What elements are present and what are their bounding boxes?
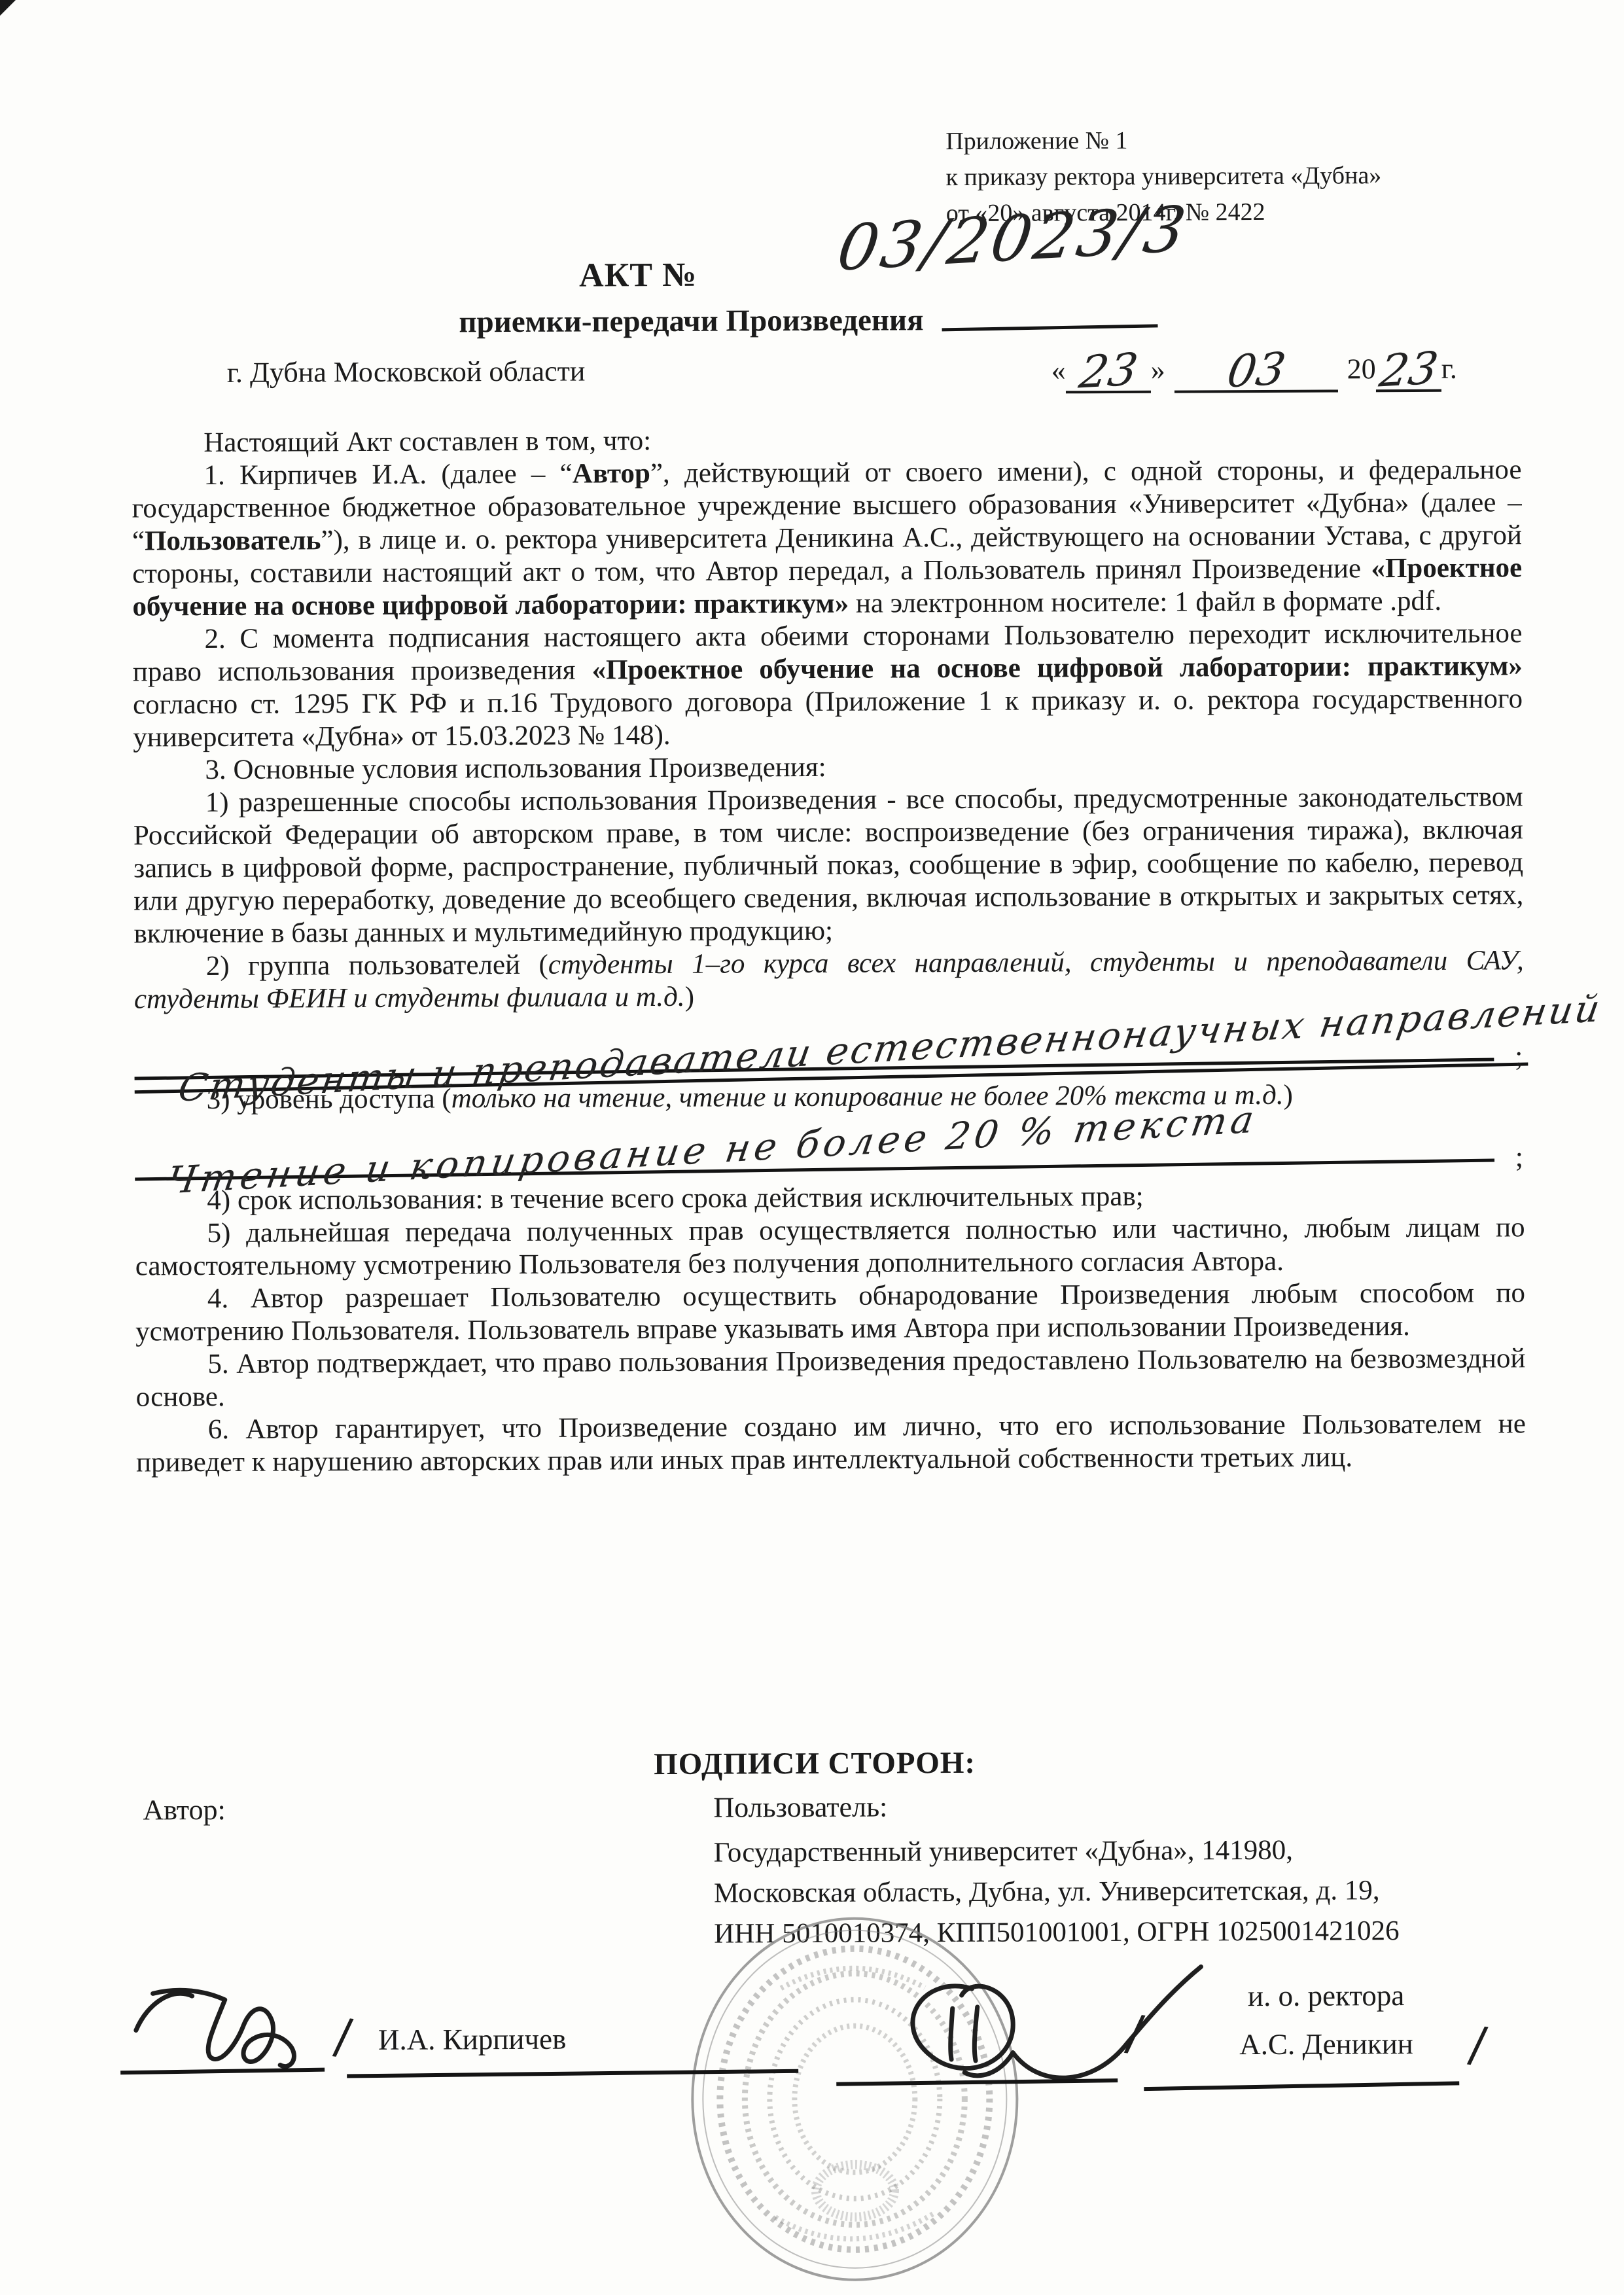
paragraph-4: 4. Автор разрешает Пользователю осуществ… (135, 1277, 1525, 1348)
date-day-slot: 23 (1066, 339, 1151, 394)
condition-item-5: 5) дальнейшая передача полученных прав о… (135, 1211, 1525, 1283)
author-signature (125, 1964, 348, 2082)
paragraph-5: 5. Автор подтверждает, что право пользов… (135, 1342, 1525, 1414)
org-line-2: Московская область, Дубна, ул. Университ… (714, 1870, 1532, 1913)
annex-line-2: к приказу ректора университета «Дубна» (945, 158, 1381, 196)
date-month-slot: 03 (1174, 338, 1338, 393)
user-role: и. о. ректора (1178, 1971, 1474, 2021)
user-role-block: и. о. ректора А.С. Деникин (1178, 1971, 1475, 2069)
line-suffix-semicolon: ; (1515, 1040, 1523, 1073)
date-line: «23»032023г. (1051, 338, 1457, 394)
date-open-quote: « (1051, 354, 1066, 386)
paragraph-3: 3. Основные условия использования Произв… (133, 748, 1523, 787)
date-month-handwritten: 03 (1227, 345, 1284, 397)
annex-line-1: Приложение № 1 (945, 122, 1381, 160)
date-close-quote: » (1151, 354, 1165, 386)
signatures-heading: ПОДПИСИ СТОРОН: (3, 1743, 1624, 1785)
handwritten-user-group: Студенты и преподаватели естественнонауч… (185, 1029, 1595, 1068)
work-title-bold-2: «Проектное обучение на основе цифровой л… (591, 650, 1522, 685)
date-year-prefix: 20 (1347, 353, 1376, 385)
act-subtitle-row: приемки-передачи Произведения (0, 300, 1621, 342)
body-text: Настоящий Акт составлен в том, что: 1. К… (132, 421, 1526, 1479)
handwritten-access-level: Чтение и копирование не более 20 % текст… (173, 1131, 1252, 1169)
act-subtitle: приемки-передачи Произведения (459, 303, 923, 339)
scanned-act-document-page: Приложение № 1 к приказу ректора универс… (0, 0, 1624, 2295)
paragraph-6: 6. Автор гарантирует, что Произведение с… (136, 1408, 1526, 1479)
line-suffix-semicolon-2: ; (1515, 1141, 1523, 1173)
paragraph-1: 1. Кирпичев И.А. (далее – “Автор”, дейст… (132, 454, 1522, 623)
user-name: А.С. Деникин (1178, 2019, 1474, 2069)
place-line: г. Дубна Московской области (227, 355, 586, 389)
act-number-handwritten: 03/2023/3 (840, 201, 1207, 276)
term-user: Пользователь (145, 525, 321, 556)
condition-item-1: 1) разрешенные способы использования Про… (133, 781, 1524, 950)
handwritten-answer-line-2: Чтение и копирование не более 20 % текст… (135, 1111, 1525, 1184)
date-year-handwritten: 23 (1380, 344, 1437, 396)
paragraph-intro: Настоящий Акт составлен в том, что: (132, 421, 1521, 459)
paragraph-2: 2. С момента подписания настоящего акта … (132, 617, 1523, 754)
act-title-row: АКТ № (0, 252, 1620, 298)
act-label: АКТ № (579, 257, 697, 294)
date-year-slot: 23 (1376, 338, 1441, 392)
user-label: Пользователь: (713, 1790, 887, 1824)
org-line-1: Государственный университет «Дубна», 141… (714, 1829, 1532, 1873)
document-content: Приложение № 1 к приказу ректора универс… (0, 0, 1624, 2295)
date-year-suffix: г. (1441, 353, 1457, 385)
term-author: Автор (573, 458, 650, 489)
date-day-handwritten: 23 (1080, 346, 1137, 397)
title-block: АКТ № приемки-передачи Произведения (0, 252, 1621, 342)
author-name: И.А. Кирпичев (378, 2022, 567, 2057)
act-number-gap (697, 284, 1037, 285)
subtitle-blank-rule (942, 324, 1158, 331)
author-label: Автор: (143, 1793, 226, 1827)
handwritten-answer-line-1: Студенты и преподаватели естественнонауч… (134, 1010, 1524, 1084)
